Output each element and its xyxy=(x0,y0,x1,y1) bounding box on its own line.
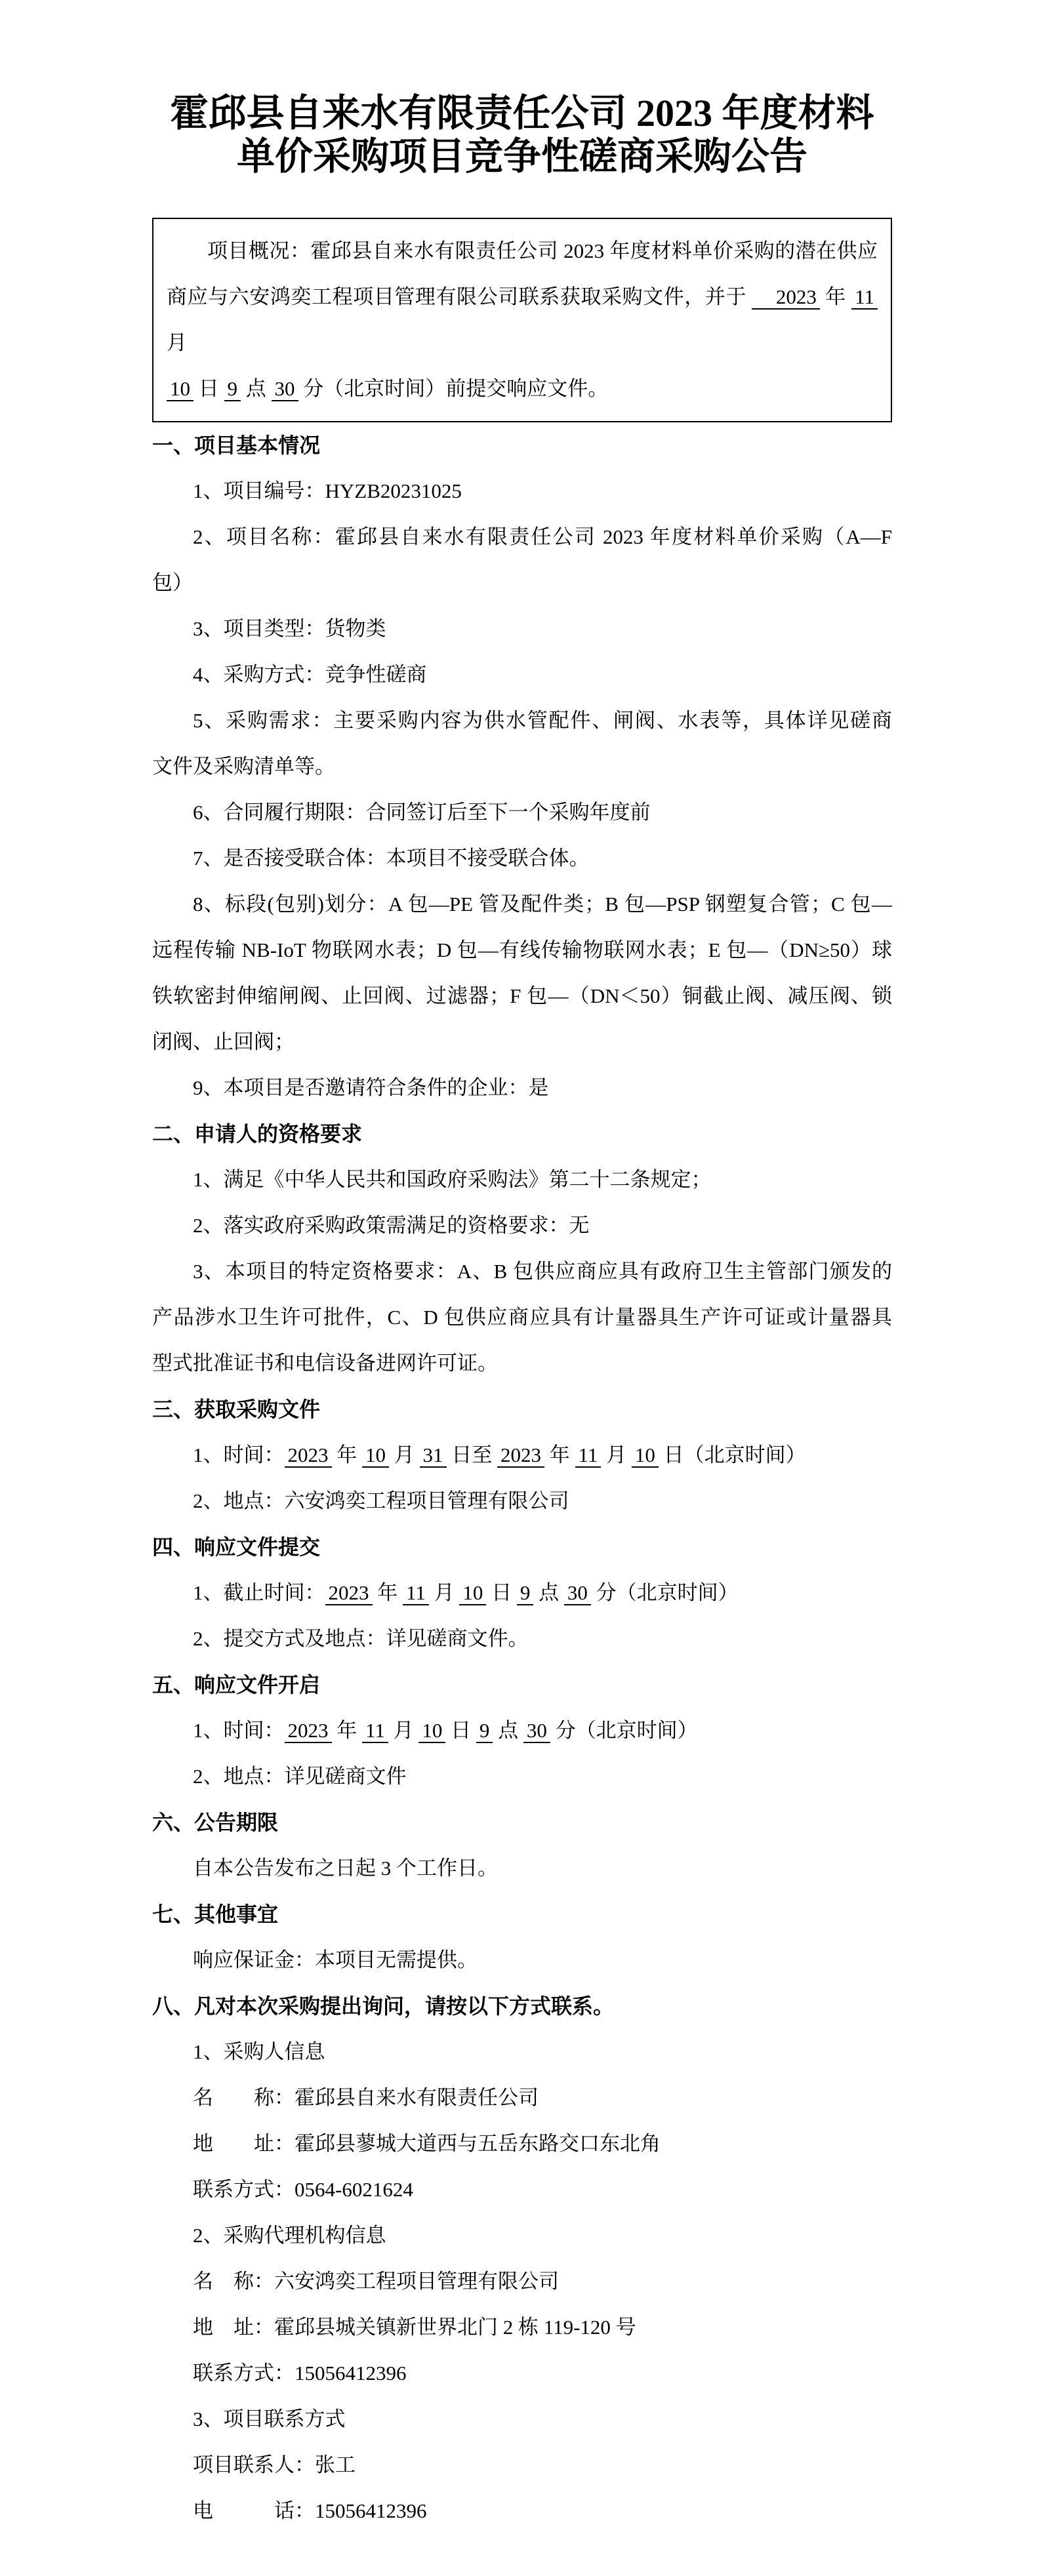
underlined-value: 30 xyxy=(272,377,298,401)
section-heading: 七、其他事宜 xyxy=(152,1891,892,1937)
text-segment: 月 xyxy=(388,1719,419,1742)
text-line: 电 话：15056412396 xyxy=(152,2488,892,2534)
text-segment: 点 xyxy=(241,377,272,400)
text-segment: 点 xyxy=(493,1719,523,1742)
text-segment: 远程传输 NB-IoT 物联网水表；D 包—有线传输物联网水表；E 包—（DN≥… xyxy=(152,938,892,961)
text-segment: 8、标段(包别)划分：A 包—PE 管及配件类；B 包—PSP 钢塑复合管；C … xyxy=(193,893,892,916)
text-segment: 日 xyxy=(445,1719,476,1742)
text-line: 3、本项目的特定资格要求：A、B 包供应商应具有政府卫生主管部门颁发的 xyxy=(152,1249,892,1295)
underlined-value: 9 xyxy=(224,377,241,401)
text-line: 商应与六安鸿奕工程项目管理有限公司联系获取采购文件，并于 2023 年 11 月 xyxy=(167,274,878,366)
text-line: 5、采购需求：主要采购内容为供水管配件、闸阀、水表等，具体详见磋商 xyxy=(152,698,892,744)
underlined-value: 30 xyxy=(564,1581,591,1605)
text-segment: 4、采购方式：竞争性磋商 xyxy=(193,663,427,686)
text-segment: 分（北京时间） xyxy=(591,1581,739,1604)
section-heading: 一、项目基本情况 xyxy=(152,422,892,468)
underlined-value: 10 xyxy=(418,1719,445,1743)
text-segment: 年 xyxy=(332,1719,363,1742)
text-line: 1、截止时间：2023 年 11 月 10 日 9 点 30 分（北京时间） xyxy=(152,1570,892,1616)
text-line: 自本公告发布之日起 3 个工作日。 xyxy=(152,1845,892,1891)
text-segment: 1、时间： xyxy=(193,1719,285,1742)
underlined-value: 9 xyxy=(517,1581,534,1605)
text-line: 响应保证金：本项目无需提供。 xyxy=(152,1937,892,1983)
text-segment: 名 称：霍邱县自来水有限责任公司 xyxy=(193,2086,539,2109)
text-line: 闭阀、止回阀； xyxy=(152,1019,892,1065)
text-segment: 年 xyxy=(544,1443,575,1466)
text-line: 项目联系人：张工 xyxy=(152,2442,892,2488)
text-line: 名 称：六安鸿奕工程项目管理有限公司 xyxy=(152,2259,892,2304)
text-line: 地 址：霍邱县城关镇新世界北门 2 栋 119-120 号 xyxy=(152,2304,892,2350)
section: 六、公告期限自本公告发布之日起 3 个工作日。 xyxy=(152,1800,892,1891)
text-line: 9、本项目是否邀请符合条件的企业：是 xyxy=(152,1065,892,1111)
text-segment: 年 xyxy=(373,1581,403,1604)
underlined-value: 11 xyxy=(575,1443,602,1468)
underlined-value: 30 xyxy=(523,1719,550,1743)
text-line: 名 称：霍邱县自来水有限责任公司 xyxy=(152,2075,892,2121)
text-line: 产品涉水卫生许可批件，C、D 包供应商应具有计量器具生产许可证或计量器具 xyxy=(152,1295,892,1340)
text-segment: 铁软密封伸缩闸阀、止回阀、过滤器；F 包—（DN＜50）铜截止阀、减压阀、锁 xyxy=(152,984,892,1007)
text-segment: 2、地点：详见磋商文件 xyxy=(193,1765,407,1788)
underlined-value: 11 xyxy=(851,285,878,310)
text-segment: 联系方式：15056412396 xyxy=(193,2362,407,2385)
text-segment: 年 xyxy=(820,285,851,308)
underlined-value: 10 xyxy=(167,377,194,401)
text-segment: 名 称：六安鸿奕工程项目管理有限公司 xyxy=(193,2270,559,2293)
text-line: 联系方式：0564-6021624 xyxy=(152,2167,892,2213)
text-line: 铁软密封伸缩闸阀、止回阀、过滤器；F 包—（DN＜50）铜截止阀、减压阀、锁 xyxy=(152,973,892,1019)
section: 三、获取采购文件1、时间：2023 年 10 月 31 日至 2023 年 11… xyxy=(152,1386,892,1524)
section: 一、项目基本情况1、项目编号：HYZB202310252、项目名称：霍邱县自来水… xyxy=(152,422,892,1111)
text-line: 3、项目类型：货物类 xyxy=(152,606,892,652)
text-segment: 型式批准证书和电信设备进网许可证。 xyxy=(152,1352,498,1375)
text-segment: 月 xyxy=(167,331,187,354)
text-segment: 月 xyxy=(601,1443,632,1466)
document-title: 霍邱县自来水有限责任公司 2023 年度材料 单价采购项目竞争性磋商采购公告 xyxy=(152,92,892,178)
text-segment: 分（北京时间）前提交响应文件。 xyxy=(298,377,609,400)
underlined-value: 9 xyxy=(476,1719,493,1743)
text-segment: 2、采购代理机构信息 xyxy=(193,2224,386,2247)
underlined-value: 2023 xyxy=(285,1719,332,1743)
text-segment: 6、合同履行期限：合同签订后至下一个采购年度前 xyxy=(193,801,651,824)
text-line: 远程传输 NB-IoT 物联网水表；D 包—有线传输物联网水表；E 包—（DN≥… xyxy=(152,927,892,973)
text-segment: 2、地点：六安鸿奕工程项目管理有限公司 xyxy=(193,1489,569,1512)
text-segment: 电 话：15056412396 xyxy=(193,2499,427,2522)
section-heading: 五、响应文件开启 xyxy=(152,1662,892,1708)
document-page: 霍邱县自来水有限责任公司 2023 年度材料 单价采购项目竞争性磋商采购公告 项… xyxy=(0,0,1041,2576)
section: 五、响应文件开启1、时间：2023 年 11 月 10 日 9 点 30 分（北… xyxy=(152,1662,892,1800)
text-line: 10 日 9 点 30 分（北京时间）前提交响应文件。 xyxy=(167,366,878,412)
section: 七、其他事宜响应保证金：本项目无需提供。 xyxy=(152,1891,892,1983)
text-segment: 项目概况：霍邱县自来水有限责任公司 2023 年度材料单价采购的潜在供应 xyxy=(207,239,878,262)
text-line: 6、合同履行期限：合同签订后至下一个采购年度前 xyxy=(152,790,892,835)
text-segment: 5、采购需求：主要采购内容为供水管配件、闸阀、水表等，具体详见磋商 xyxy=(193,709,892,732)
title-line-2: 单价采购项目竞争性磋商采购公告 xyxy=(152,135,892,178)
text-segment: 文件及采购清单等。 xyxy=(152,755,335,778)
text-segment: 日 xyxy=(486,1581,517,1604)
text-segment: 日（北京时间） xyxy=(659,1443,806,1466)
underlined-value: 2023 xyxy=(285,1443,332,1468)
text-segment: 3、本项目的特定资格要求：A、B 包供应商应具有政府卫生主管部门颁发的 xyxy=(193,1260,892,1283)
text-segment: 点 xyxy=(533,1581,564,1604)
section-heading: 八、凡对本次采购提出询问，请按以下方式联系。 xyxy=(152,1983,892,2029)
text-segment: 1、截止时间： xyxy=(193,1581,325,1604)
underlined-value: 11 xyxy=(403,1581,429,1605)
text-segment: 闭阀、止回阀； xyxy=(152,1030,295,1053)
underlined-value: 10 xyxy=(362,1443,389,1468)
text-line: 2、地点：六安鸿奕工程项目管理有限公司 xyxy=(152,1478,892,1524)
text-segment: 2、落实政府采购政策需满足的资格要求：无 xyxy=(193,1214,590,1237)
text-line: 1、项目编号：HYZB20231025 xyxy=(152,468,892,514)
text-segment: 日至 xyxy=(447,1443,498,1466)
underlined-value: 2023 xyxy=(752,285,820,310)
text-line: 文件及采购清单等。 xyxy=(152,744,892,790)
text-line: 1、时间：2023 年 10 月 31 日至 2023 年 11 月 10 日（… xyxy=(152,1432,892,1478)
text-segment: 年 xyxy=(332,1443,363,1466)
text-segment: 产品涉水卫生许可批件，C、D 包供应商应具有计量器具生产许可证或计量器具 xyxy=(152,1306,892,1329)
text-line: 8、标段(包别)划分：A 包—PE 管及配件类；B 包—PSP 钢塑复合管；C … xyxy=(152,881,892,927)
underlined-value: 31 xyxy=(420,1443,447,1468)
text-line: 型式批准证书和电信设备进网许可证。 xyxy=(152,1340,892,1386)
underlined-value: 10 xyxy=(459,1581,486,1605)
text-segment: 1、项目编号：HYZB20231025 xyxy=(193,479,462,502)
text-segment: 1、采购人信息 xyxy=(193,2040,325,2063)
section: 八、凡对本次采购提出询问，请按以下方式联系。1、采购人信息名 称：霍邱县自来水有… xyxy=(152,1983,892,2534)
section-heading: 四、响应文件提交 xyxy=(152,1524,892,1570)
text-segment: 9、本项目是否邀请符合条件的企业：是 xyxy=(193,1076,549,1099)
text-segment: 地 址：霍邱县蓼城大道西与五岳东路交口东北角 xyxy=(193,2132,661,2155)
text-line: 2、落实政府采购政策需满足的资格要求：无 xyxy=(152,1203,892,1249)
text-line: 地 址：霍邱县蓼城大道西与五岳东路交口东北角 xyxy=(152,2121,892,2167)
document-content: 霍邱县自来水有限责任公司 2023 年度材料 单价采购项目竞争性磋商采购公告 项… xyxy=(0,0,1041,2534)
text-segment: 1、满足《中华人民共和国政府采购法》第二十二条规定； xyxy=(193,1168,712,1191)
text-segment: 商应与六安鸿奕工程项目管理有限公司联系获取采购文件，并于 xyxy=(167,285,752,308)
text-segment: 3、项目联系方式 xyxy=(193,2407,346,2430)
title-line-1: 霍邱县自来水有限责任公司 2023 年度材料 xyxy=(152,92,892,135)
text-line: 项目概况：霍邱县自来水有限责任公司 2023 年度材料单价采购的潜在供应 xyxy=(167,228,878,274)
text-line: 2、地点：详见磋商文件 xyxy=(152,1754,892,1800)
text-segment: 月 xyxy=(429,1581,460,1604)
text-line: 7、是否接受联合体：本项目不接受联合体。 xyxy=(152,835,892,881)
text-line: 1、采购人信息 xyxy=(152,2029,892,2075)
text-segment: 响应保证金：本项目无需提供。 xyxy=(193,1948,478,1971)
text-segment: 分（北京时间） xyxy=(550,1719,698,1742)
text-segment: 联系方式：0564-6021624 xyxy=(193,2178,413,2201)
text-line: 2、采购代理机构信息 xyxy=(152,2213,892,2259)
text-segment: 月 xyxy=(389,1443,420,1466)
text-segment: 2、项目名称：霍邱县自来水有限责任公司 2023 年度材料单价采购（A—F xyxy=(193,525,892,548)
overview-box: 项目概况：霍邱县自来水有限责任公司 2023 年度材料单价采购的潜在供应商应与六… xyxy=(152,218,892,422)
underlined-value: 2023 xyxy=(325,1581,373,1605)
text-line: 包） xyxy=(152,560,892,606)
text-segment: 2、提交方式及地点：详见磋商文件。 xyxy=(193,1627,529,1650)
section-heading: 二、申请人的资格要求 xyxy=(152,1111,892,1157)
underlined-value: 2023 xyxy=(497,1443,544,1468)
underlined-value: 11 xyxy=(362,1719,388,1743)
text-segment: 包） xyxy=(152,571,193,594)
text-segment: 自本公告发布之日起 3 个工作日。 xyxy=(193,1857,498,1880)
text-segment: 日 xyxy=(194,377,224,400)
text-line: 1、满足《中华人民共和国政府采购法》第二十二条规定； xyxy=(152,1157,892,1203)
text-line: 2、项目名称：霍邱县自来水有限责任公司 2023 年度材料单价采购（A—F xyxy=(152,514,892,560)
section: 四、响应文件提交1、截止时间：2023 年 11 月 10 日 9 点 30 分… xyxy=(152,1524,892,1662)
text-line: 2、提交方式及地点：详见磋商文件。 xyxy=(152,1616,892,1662)
sections: 一、项目基本情况1、项目编号：HYZB202310252、项目名称：霍邱县自来水… xyxy=(152,422,892,2534)
text-segment: 1、时间： xyxy=(193,1443,285,1466)
text-segment: 地 址：霍邱县城关镇新世界北门 2 栋 119-120 号 xyxy=(193,2316,636,2339)
text-segment: 项目联系人：张工 xyxy=(193,2453,356,2476)
section-heading: 六、公告期限 xyxy=(152,1800,892,1845)
underlined-value: 10 xyxy=(632,1443,659,1468)
text-line: 3、项目联系方式 xyxy=(152,2396,892,2442)
text-line: 4、采购方式：竞争性磋商 xyxy=(152,652,892,698)
text-segment: 7、是否接受联合体：本项目不接受联合体。 xyxy=(193,847,590,870)
section: 二、申请人的资格要求1、满足《中华人民共和国政府采购法》第二十二条规定；2、落实… xyxy=(152,1111,892,1386)
section-heading: 三、获取采购文件 xyxy=(152,1386,892,1432)
text-segment: 3、项目类型：货物类 xyxy=(193,617,386,640)
text-line: 联系方式：15056412396 xyxy=(152,2350,892,2396)
text-line: 1、时间：2023 年 11 月 10 日 9 点 30 分（北京时间） xyxy=(152,1708,892,1754)
